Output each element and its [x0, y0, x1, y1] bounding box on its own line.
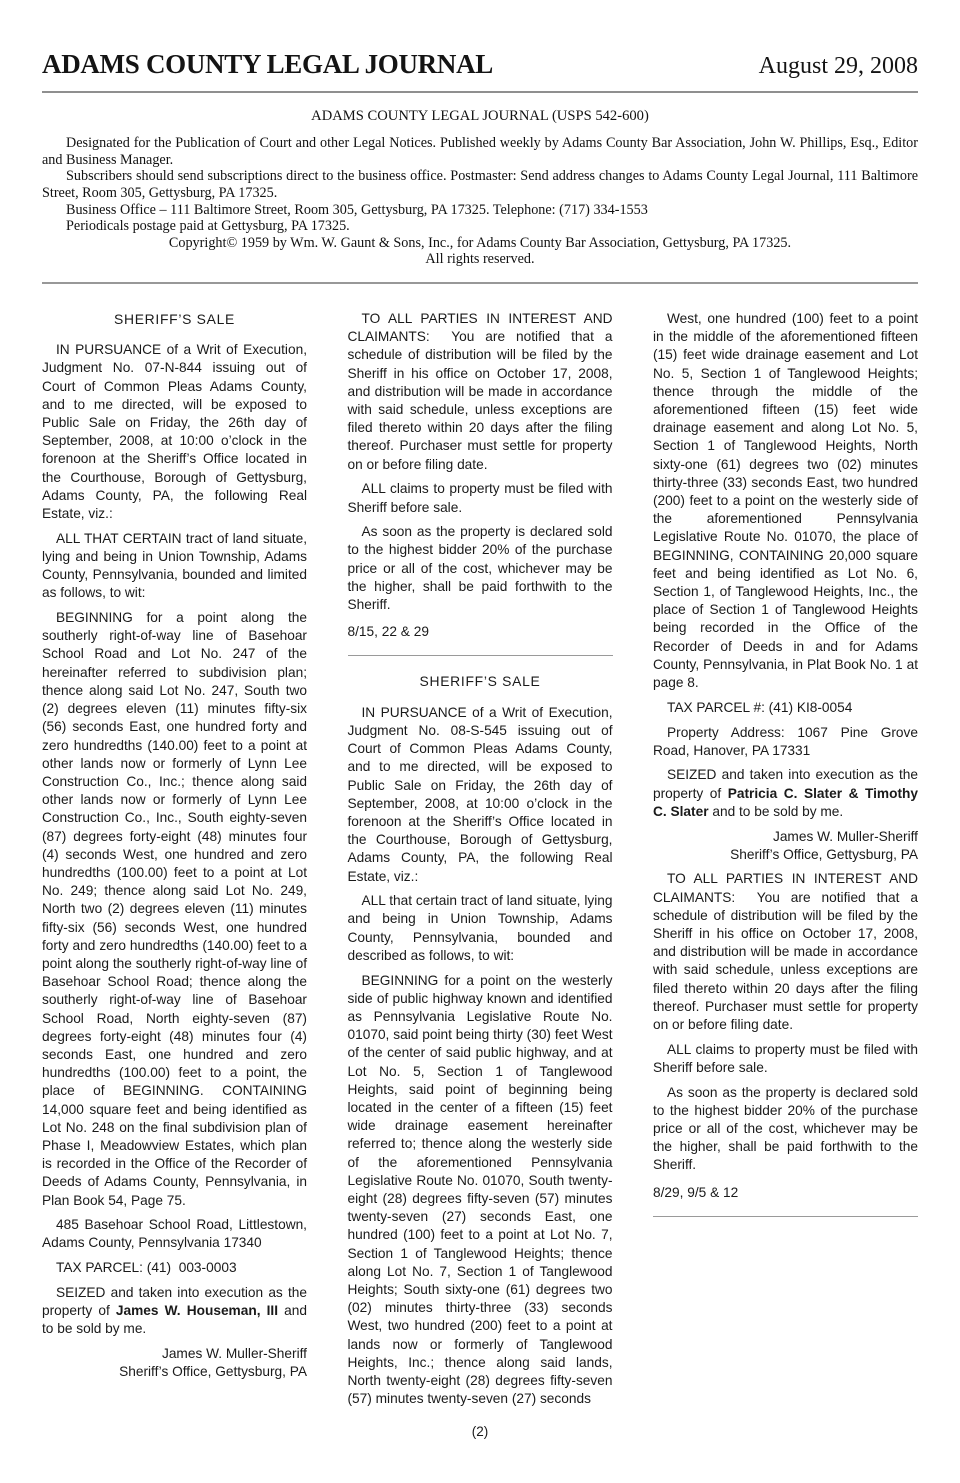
- masthead-rights: All rights reserved.: [42, 251, 918, 268]
- masthead-divider: [42, 282, 918, 284]
- notice-heading: SHERIFF’S SALE: [42, 310, 307, 328]
- notice-paragraph: ALL THAT CERTAIN tract of land situate, …: [42, 530, 307, 603]
- notice-paragraph: TO ALL PARTIES IN INTEREST AND CLAIMANTS…: [653, 870, 918, 1034]
- issue-date: August 29, 2008: [759, 53, 918, 79]
- masthead-business-office: Business Office – 111 Baltimore Street, …: [42, 202, 918, 219]
- header-divider: [42, 91, 918, 93]
- journal-title: ADAMS COUNTY LEGAL JOURNAL: [42, 50, 493, 80]
- masthead-subscriptions: Subscribers should send subscriptions di…: [42, 168, 918, 201]
- masthead-title: ADAMS COUNTY LEGAL JOURNAL (USPS 542-600…: [42, 108, 918, 125]
- notice-paragraph: BEGINNING for a point on the westerly si…: [348, 972, 613, 1409]
- notice-paragraph: As soon as the property is declared sold…: [348, 523, 613, 614]
- page-footer: (2): [0, 1424, 960, 1439]
- notice-heading: SHERIFF’S SALE: [348, 672, 613, 690]
- tax-parcel: TAX PARCEL #: (41) KI8-0054: [653, 699, 918, 717]
- notice-divider: [653, 1216, 918, 1217]
- masthead: ADAMS COUNTY LEGAL JOURNAL (USPS 542-600…: [42, 108, 918, 268]
- notice-divider: [348, 655, 613, 656]
- property-address: Property Address: 1067 Pine Grove Road, …: [653, 724, 918, 760]
- seized-text: and to be sold by me.: [709, 804, 844, 819]
- seized-paragraph: SEIZED and taken into execution as the p…: [653, 766, 918, 821]
- notice-paragraph: As soon as the property is declared sold…: [653, 1084, 918, 1175]
- notice-paragraph: ALL that certain tract of land situate, …: [348, 892, 613, 965]
- notice-paragraph: TO ALL PARTIES IN INTEREST AND CLAIMANTS…: [348, 310, 613, 474]
- notice-paragraph: IN PURSUANCE of a Writ of Execution, Jud…: [42, 341, 307, 523]
- sheriff-name: James W. Muller-Sheriff: [773, 829, 918, 844]
- page: ADAMS COUNTY LEGAL JOURNAL August 29, 20…: [0, 0, 960, 1483]
- masthead-designation: Designated for the Publication of Court …: [42, 135, 918, 168]
- defendant-name: James W. Houseman, III: [116, 1303, 278, 1318]
- publication-dates: 8/29, 9/5 & 12: [653, 1184, 918, 1202]
- tax-parcel: TAX PARCEL: (41) 003-0003: [42, 1259, 307, 1277]
- column-3: West, one hundred (100) feet to a point …: [653, 310, 918, 1415]
- journal-header: ADAMS COUNTY LEGAL JOURNAL August 29, 20…: [42, 0, 918, 80]
- seized-paragraph: SEIZED and taken into execution as the p…: [42, 1284, 307, 1339]
- notice-paragraph: IN PURSUANCE of a Writ of Execution, Jud…: [348, 704, 613, 886]
- notice-paragraph: ALL claims to property must be filed wit…: [653, 1041, 918, 1077]
- sheriff-office: Sheriff’s Office, Gettysburg, PA: [119, 1364, 307, 1379]
- notice-columns: SHERIFF’S SALE IN PURSUANCE of a Writ of…: [42, 310, 918, 1415]
- sheriff-name: James W. Muller-Sheriff: [162, 1346, 307, 1361]
- property-address: 485 Basehoar School Road, Littlestown, A…: [42, 1216, 307, 1252]
- column-2: TO ALL PARTIES IN INTEREST AND CLAIMANTS…: [348, 310, 613, 1415]
- page-number: (2): [472, 1424, 489, 1439]
- sheriff-office: Sheriff’s Office, Gettysburg, PA: [730, 847, 918, 862]
- signature-block: James W. Muller-SheriffSheriff’s Office,…: [42, 1345, 307, 1381]
- signature-block: James W. Muller-SheriffSheriff’s Office,…: [653, 828, 918, 864]
- notice-paragraph: BEGINNING for a point along the southerl…: [42, 609, 307, 1210]
- masthead-copyright: Copyright© 1959 by Wm. W. Gaunt & Sons, …: [42, 235, 918, 252]
- notice-paragraph: ALL claims to property must be filed wit…: [348, 480, 613, 516]
- publication-dates: 8/15, 22 & 29: [348, 623, 613, 641]
- column-1: SHERIFF’S SALE IN PURSUANCE of a Writ of…: [42, 310, 307, 1415]
- masthead-postage: Periodicals postage paid at Gettysburg, …: [42, 218, 918, 235]
- notice-paragraph: West, one hundred (100) feet to a point …: [653, 310, 918, 692]
